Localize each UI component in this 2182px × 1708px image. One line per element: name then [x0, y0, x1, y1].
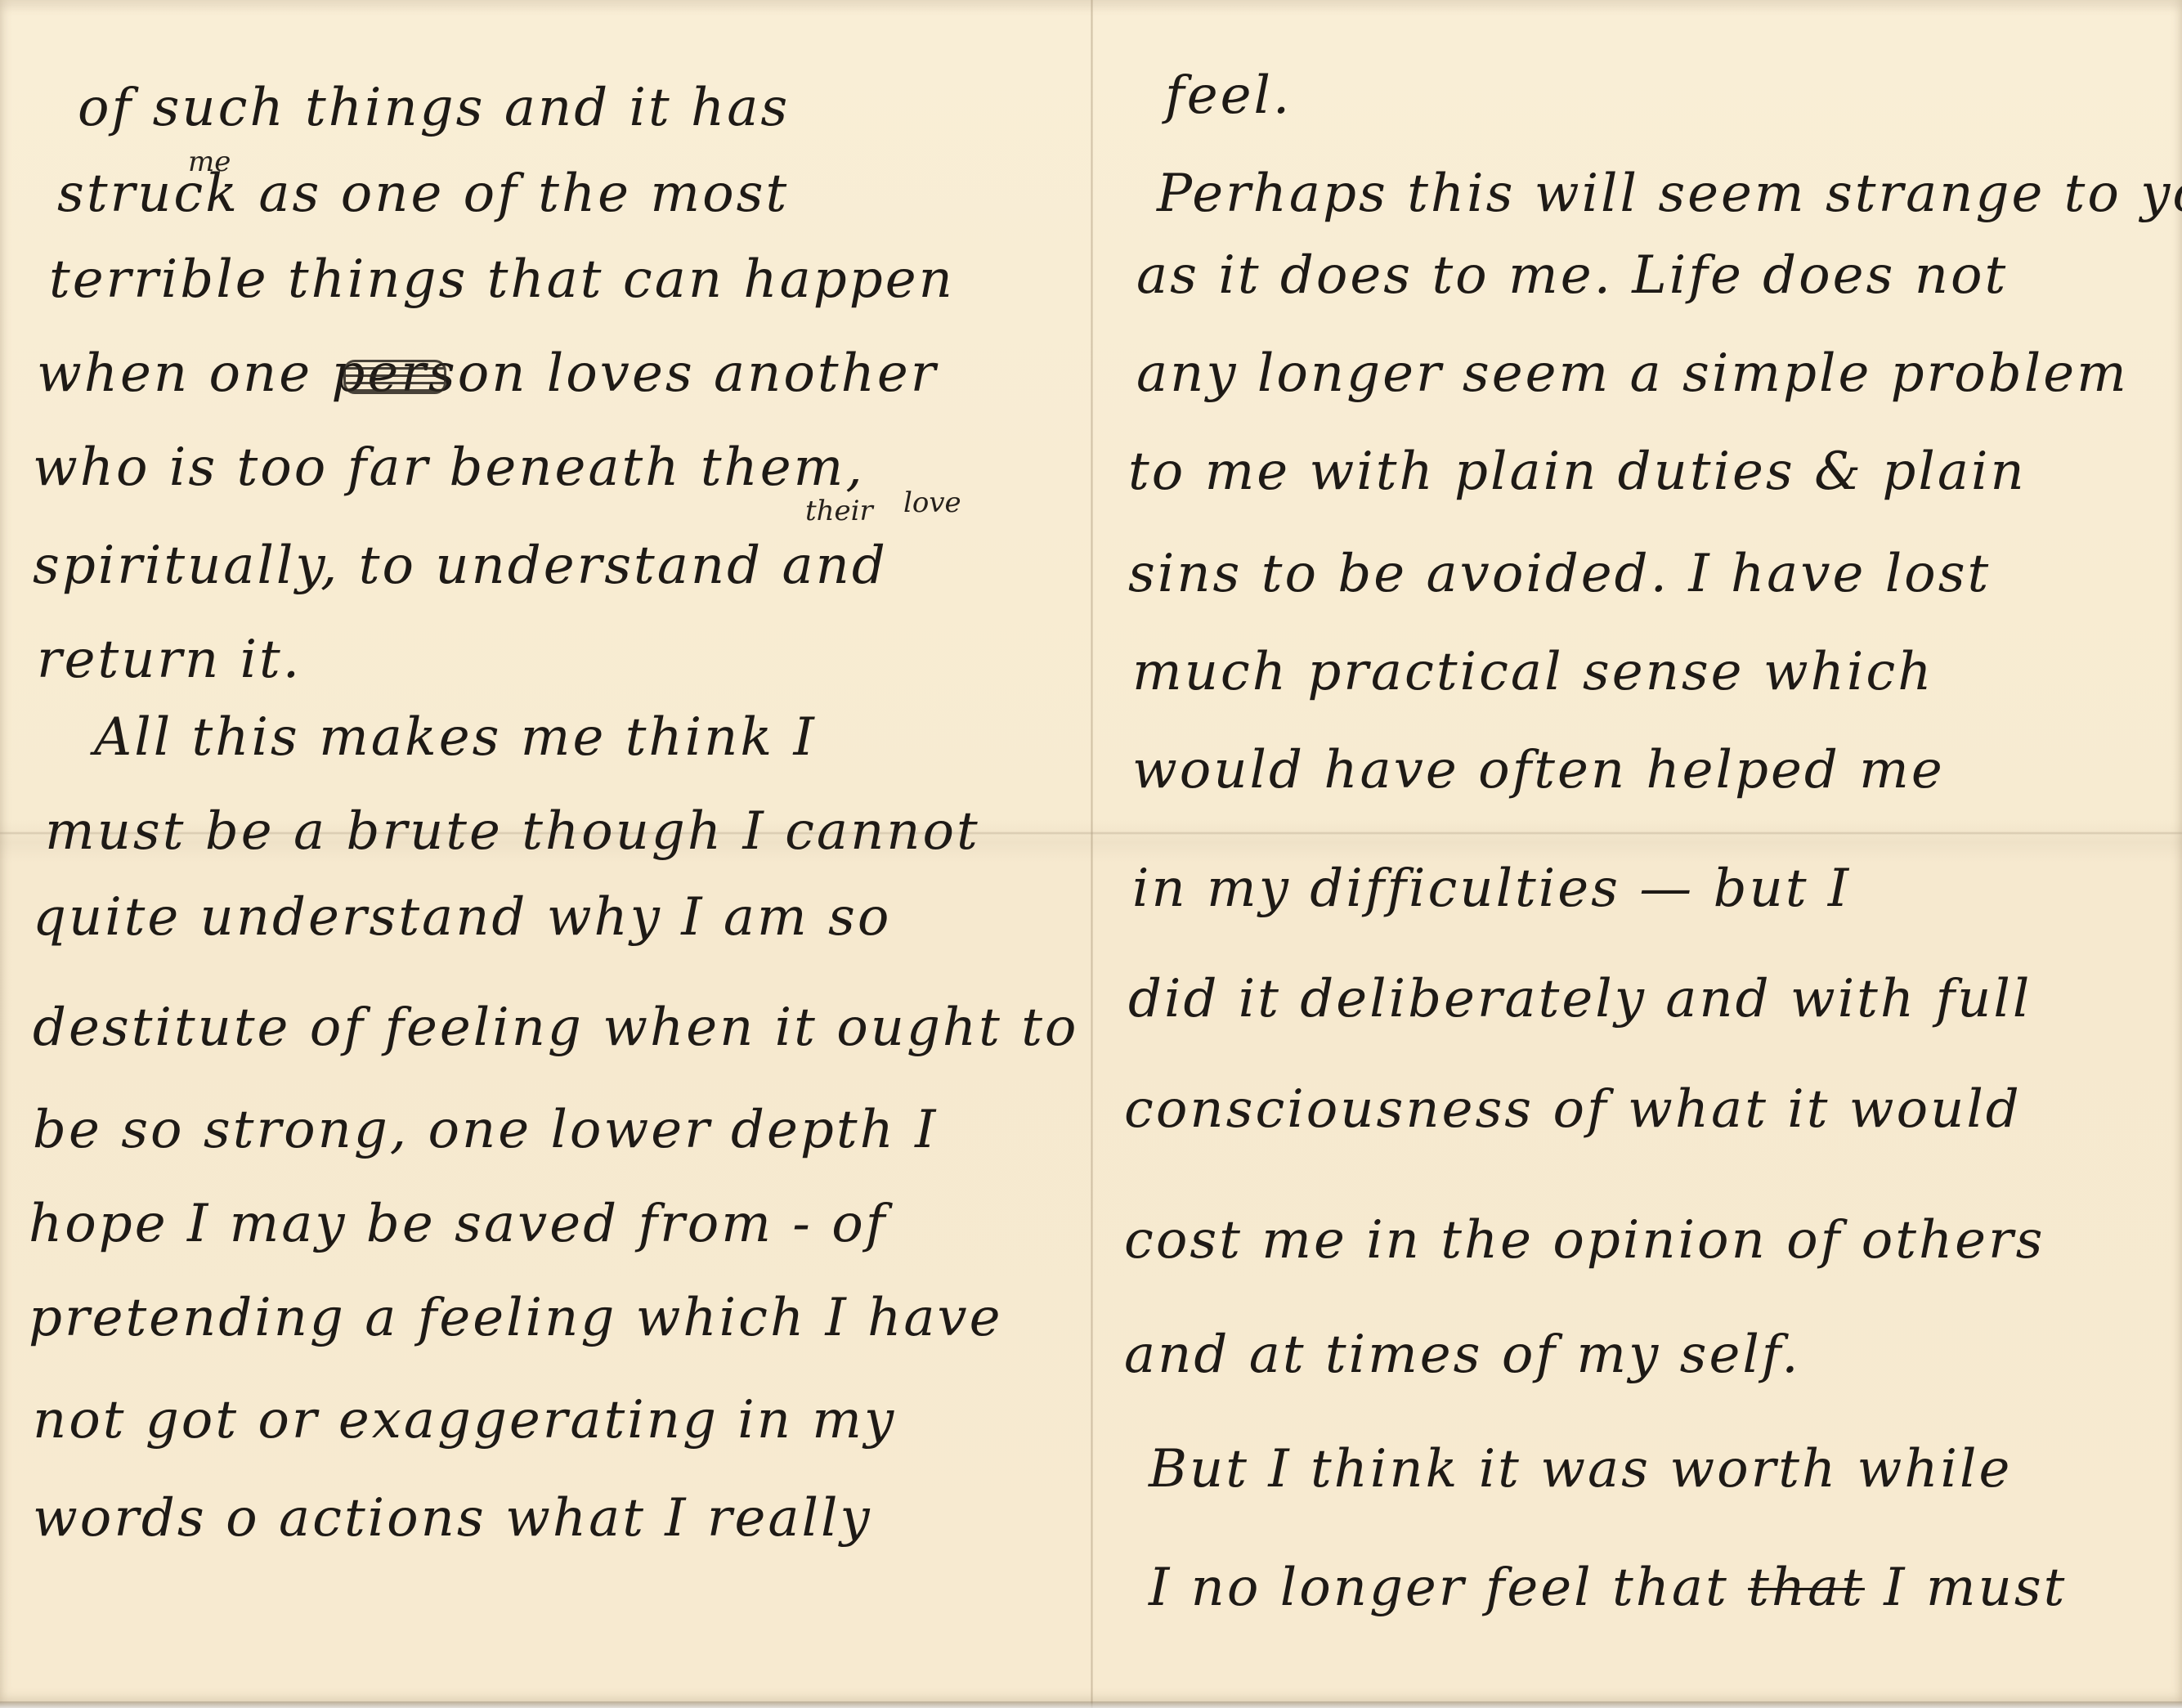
struck-out-word: that: [1748, 1558, 1865, 1618]
handwritten-line: sins to be avoided. I have lost: [1128, 544, 1991, 604]
handwritten-line: not got or exaggerating in my: [33, 1390, 896, 1450]
handwritten-line: did it deliberately and with full: [1128, 969, 2032, 1029]
handwritten-line: in my difficulties — but I: [1132, 858, 1851, 919]
handwritten-line: consciousness of what it would: [1124, 1079, 2022, 1140]
handwritten-line: would have often helped me: [1132, 740, 1945, 800]
handwritten-line: spiritually, to understand and: [33, 536, 888, 596]
handwritten-line: to me with plain duties & plain: [1128, 442, 2027, 502]
handwritten-line: any longer seem a simple problem: [1136, 343, 2129, 404]
insertion-love: love: [903, 486, 961, 519]
handwritten-line: who is too far beneath them,: [33, 437, 865, 498]
handwritten-line: struck as one of the most: [57, 164, 789, 224]
handwritten-line: be so strong, one lower depth I: [33, 1100, 938, 1160]
handwritten-line: All this makes me think I: [94, 707, 817, 768]
insertion-their: their: [805, 495, 873, 527]
handwritten-line: destitute of feeling when it ought to: [33, 997, 1078, 1058]
handwritten-line: quite understand why I am so: [33, 887, 891, 948]
handwritten-line: when one person loves another: [37, 343, 938, 404]
handwritten-line: Perhaps this will seem strange to you,: [1157, 164, 2182, 224]
handwritten-line: as it does to me. Life does not: [1136, 245, 2008, 306]
handwritten-line: of such things and it has: [78, 78, 790, 138]
handwritten-line: terrible things that can happen: [49, 249, 955, 310]
handwritten-line: and at times of my self.: [1124, 1325, 1801, 1385]
paper-bottom-edge: [0, 1701, 2182, 1708]
scribbled-out-word: [343, 360, 446, 394]
handwritten-line: pretending a feeling which I have: [29, 1288, 1003, 1348]
handwritten-line: feel.: [1165, 65, 1292, 126]
handwritten-line: return it.: [37, 630, 302, 690]
letter-spread: of such things and it has struck as one …: [0, 0, 2182, 1708]
left-page: of such things and it has struck as one …: [0, 0, 1091, 1708]
handwritten-line: much practical sense which: [1132, 642, 1933, 702]
handwritten-line: But I think it was worth while: [1149, 1439, 2012, 1500]
handwritten-line: I no longer feel that that I must: [1149, 1558, 2067, 1618]
handwritten-line: hope I may be saved from - of: [29, 1194, 887, 1254]
handwritten-line: words o actions what I really: [33, 1488, 872, 1549]
insertion-me: me: [188, 146, 231, 178]
right-page: feel. Perhaps this will seem strange to …: [1091, 0, 2182, 1708]
handwritten-line: must be a brute though I cannot: [45, 801, 980, 862]
handwritten-line: cost me in the opinion of others: [1124, 1210, 2045, 1271]
